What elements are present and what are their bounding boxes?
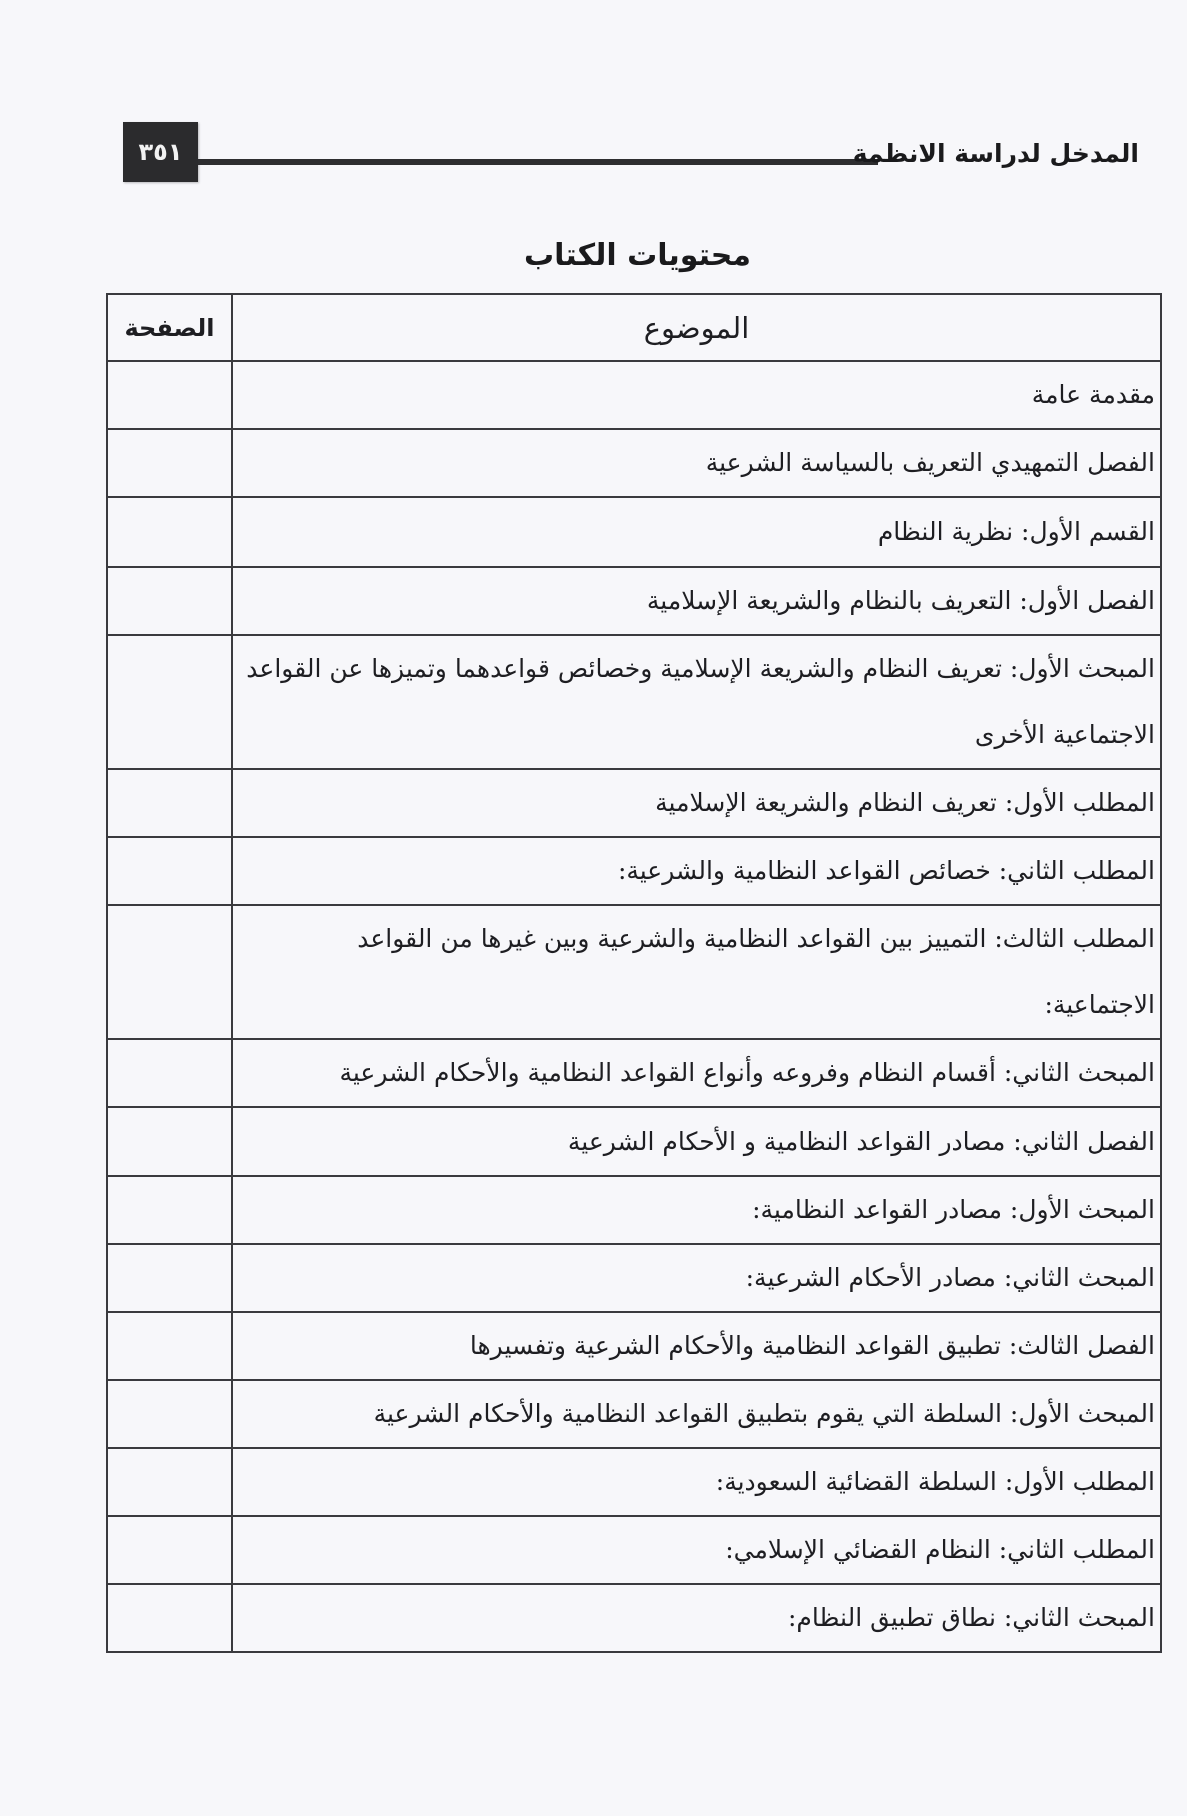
toc-row: المبحث الأول: السلطة التي يقوم بتطبيق ال… xyxy=(107,1380,1161,1448)
toc-entry-page xyxy=(107,1584,232,1652)
toc-entry-page xyxy=(107,1244,232,1312)
header-rule xyxy=(198,159,878,165)
toc-row: المبحث الثاني: أقسام النظام وفروعه وأنوا… xyxy=(107,1039,1161,1107)
toc-row: المبحث الثاني: نطاق تطبيق النظام: xyxy=(107,1584,1161,1652)
toc-title: محتويات الكتاب xyxy=(0,232,1187,280)
toc-entry-subject: الفصل الثاني: مصادر القواعد النظامية و ا… xyxy=(232,1107,1161,1176)
toc-row: القسم الأول: نظرية النظام xyxy=(107,497,1161,567)
book-title: المدخل لدراسة الانظمة xyxy=(853,134,1139,174)
toc-entry-subject: المبحث الأول: السلطة التي يقوم بتطبيق ال… xyxy=(232,1380,1161,1448)
toc-entry-page xyxy=(107,769,232,837)
toc-row: مقدمة عامة xyxy=(107,361,1161,429)
toc-entry-page xyxy=(107,635,232,769)
toc-entry-subject: الفصل الثالث: تطبيق القواعد النظامية وال… xyxy=(232,1312,1161,1380)
toc-entry-subject: الفصل الأول: التعريف بالنظام والشريعة ال… xyxy=(232,567,1161,635)
page-number-badge: ٣٥١ xyxy=(123,122,198,182)
toc-row: الفصل الثالث: تطبيق القواعد النظامية وال… xyxy=(107,1312,1161,1380)
toc-entry-subject: مقدمة عامة xyxy=(232,361,1161,429)
page-number: ٣٥١ xyxy=(139,138,183,166)
toc-row: المبحث الثاني: مصادر الأحكام الشرعية: xyxy=(107,1244,1161,1312)
toc-entry-page xyxy=(107,497,232,567)
toc-entry-page xyxy=(107,1039,232,1107)
toc-entry-subject: المبحث الثاني: أقسام النظام وفروعه وأنوا… xyxy=(232,1039,1161,1107)
toc-entry-page xyxy=(107,905,232,1039)
toc-entry-subject: المبحث الأول: تعريف النظام والشريعة الإس… xyxy=(232,635,1161,769)
toc-entry-subject: المطلب الأول: السلطة القضائية السعودية: xyxy=(232,1448,1161,1516)
toc-entry-page xyxy=(107,1516,232,1584)
toc-entry-page xyxy=(107,1312,232,1380)
toc-entry-page xyxy=(107,567,232,635)
toc-row: الفصل الأول: التعريف بالنظام والشريعة ال… xyxy=(107,567,1161,635)
toc-entry-subject: القسم الأول: نظرية النظام xyxy=(232,497,1161,567)
running-head: ٣٥١ المدخل لدراسة الانظمة xyxy=(0,0,1187,200)
toc-row: المطلب الأول: تعريف النظام والشريعة الإس… xyxy=(107,769,1161,837)
toc-entry-subject: المطلب الثاني: النظام القضائي الإسلامي: xyxy=(232,1516,1161,1584)
toc-row: المطلب الثاني: خصائص القواعد النظامية وا… xyxy=(107,837,1161,905)
toc-body: مقدمة عامةالفصل التمهيدي التعريف بالسياس… xyxy=(107,361,1161,1652)
toc-entry-subject: المبحث الأول: مصادر القواعد النظامية: xyxy=(232,1176,1161,1244)
toc-entry-subject: المطلب الثالث: التمييز بين القواعد النظا… xyxy=(232,905,1161,1039)
toc-table: الموضوع الصفحة مقدمة عامةالفصل التمهيدي … xyxy=(106,293,1162,1653)
toc-row: المبحث الأول: مصادر القواعد النظامية: xyxy=(107,1176,1161,1244)
toc-entry-subject: الفصل التمهيدي التعريف بالسياسة الشرعية xyxy=(232,429,1161,497)
toc-row: المطلب الثالث: التمييز بين القواعد النظا… xyxy=(107,905,1161,1039)
toc-entry-subject: المطلب الثاني: خصائص القواعد النظامية وا… xyxy=(232,837,1161,905)
toc-entry-subject: المبحث الثاني: مصادر الأحكام الشرعية: xyxy=(232,1244,1161,1312)
toc-entry-page xyxy=(107,1107,232,1176)
subject-column-header: الموضوع xyxy=(232,294,1161,361)
toc-entry-subject: المبحث الثاني: نطاق تطبيق النظام: xyxy=(232,1584,1161,1652)
page-column-header: الصفحة xyxy=(107,294,232,361)
toc-entry-page xyxy=(107,837,232,905)
toc-row: المبحث الأول: تعريف النظام والشريعة الإس… xyxy=(107,635,1161,769)
toc-row: الفصل التمهيدي التعريف بالسياسة الشرعية xyxy=(107,429,1161,497)
toc-row: الفصل الثاني: مصادر القواعد النظامية و ا… xyxy=(107,1107,1161,1176)
toc-header-row: الموضوع الصفحة xyxy=(107,294,1161,361)
toc-entry-subject: المطلب الأول: تعريف النظام والشريعة الإس… xyxy=(232,769,1161,837)
toc-row: المطلب الأول: السلطة القضائية السعودية: xyxy=(107,1448,1161,1516)
toc-entry-page xyxy=(107,1448,232,1516)
toc-row: المطلب الثاني: النظام القضائي الإسلامي: xyxy=(107,1516,1161,1584)
toc-entry-page xyxy=(107,1380,232,1448)
toc-entry-page xyxy=(107,429,232,497)
toc-entry-page xyxy=(107,361,232,429)
toc-entry-page xyxy=(107,1176,232,1244)
